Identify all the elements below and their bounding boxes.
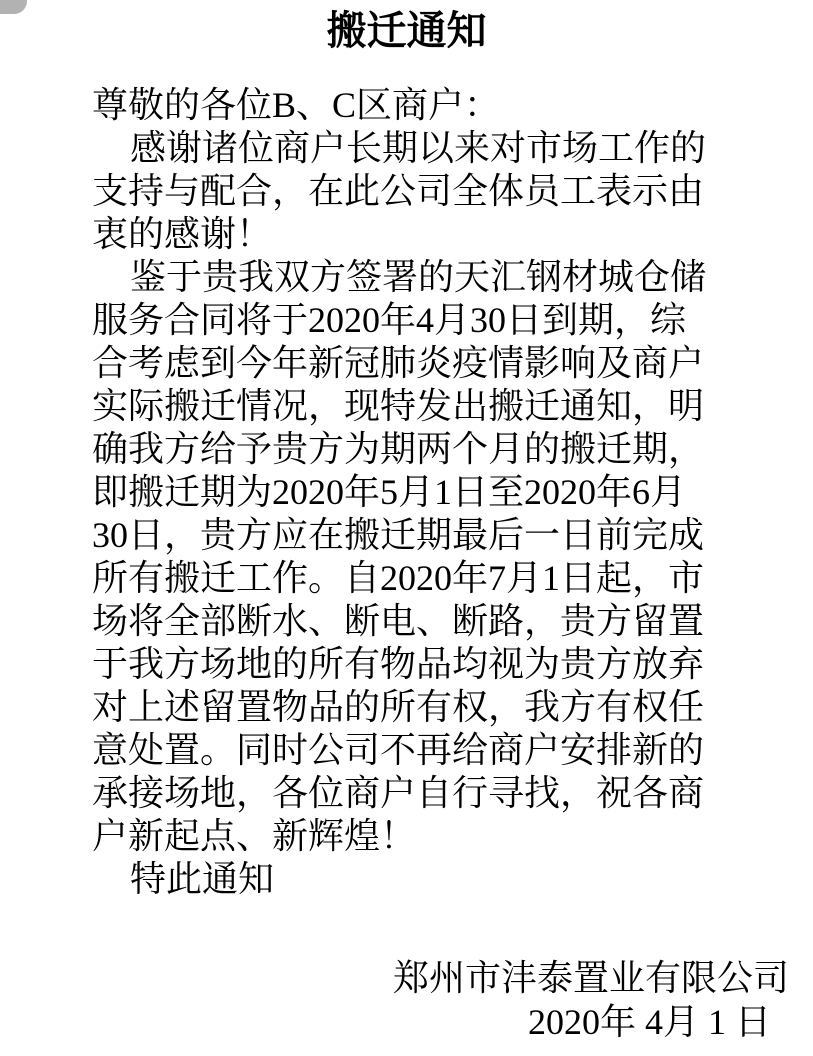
document-body: 尊敬的各位B、C区商户： 感谢诸位商户长期以来对市场工作的支持与配合，在此公司全… <box>92 84 714 901</box>
paragraph-relocation-terms: 鉴于贵我双方签署的天汇钢材城仓储服务合同将于2020年4月30日到期，综合考虑到… <box>92 256 714 858</box>
paragraph-closing-notice: 特此通知 <box>92 858 714 901</box>
signature-date: 2020年 4月 1 日 <box>0 1000 813 1044</box>
salutation-line: 尊敬的各位B、C区商户： <box>92 84 714 127</box>
paragraph-thanks: 感谢诸位商户长期以来对市场工作的支持与配合，在此公司全体员工表示由衷的感谢！ <box>92 127 714 256</box>
document-title: 搬迁通知 <box>0 0 813 52</box>
signature-block: 郑州市沣泰置业有限公司 2020年 4月 1 日 <box>0 956 813 1044</box>
signature-company-name: 郑州市沣泰置业有限公司 <box>0 956 813 1000</box>
notice-document-page: 搬迁通知 尊敬的各位B、C区商户： 感谢诸位商户长期以来对市场工作的支持与配合，… <box>0 0 813 1056</box>
